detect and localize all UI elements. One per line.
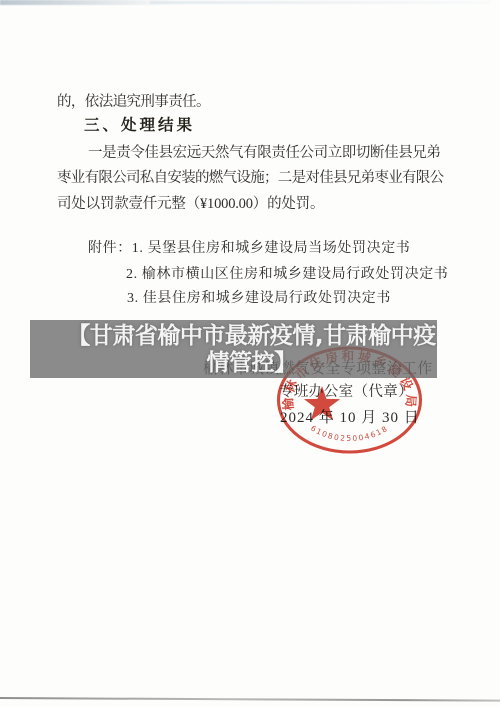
paragraph-line-2: 枣业有限公司私自安装的燃气设施；二是对佳县兄弟枣业有限公 bbox=[57, 170, 443, 187]
paragraph-line-1: 一是责令佳县宏远天然气有限责任公司立即切断佳县兄弟 bbox=[88, 145, 441, 162]
attachment-item-1: 附件：1. 吴堡县住房和城乡建设局当场处罚决定书 bbox=[88, 240, 410, 257]
headline-line-1: 【甘肃省榆中市最新疫情,甘肃榆中疫 bbox=[66, 323, 437, 350]
seal-star-icon bbox=[304, 386, 340, 420]
section-heading: 三、处理结果 bbox=[84, 117, 195, 134]
attachment-item-2: 2. 榆林市横山区住房和城乡建设局行政处罚决定书 bbox=[126, 266, 448, 283]
headline-overlay: 【甘肃省榆中市最新疫情,甘肃榆中疫 情管控】 bbox=[30, 320, 437, 378]
paragraph-line-3: 司处以罚款壹仟元整（¥1000.00）的处罚。 bbox=[57, 196, 324, 213]
scan-top-edge-secondary bbox=[150, 1, 490, 4]
scanned-document-page: 的，依法追究刑事责任。 三、处理结果 一是责令佳县宏远天然气有限责任公司立即切断… bbox=[0, 0, 500, 707]
intro-line: 的，依法追究刑事责任。 bbox=[57, 94, 210, 111]
scan-bottom-edge bbox=[0, 697, 500, 701]
headline-line-2: 情管控】 bbox=[66, 350, 437, 377]
seal-serial-number: 6108025004618 bbox=[309, 424, 390, 443]
attachment-item-3: 3. 佳县住房和城乡建设局行政处罚决定书 bbox=[127, 290, 391, 307]
